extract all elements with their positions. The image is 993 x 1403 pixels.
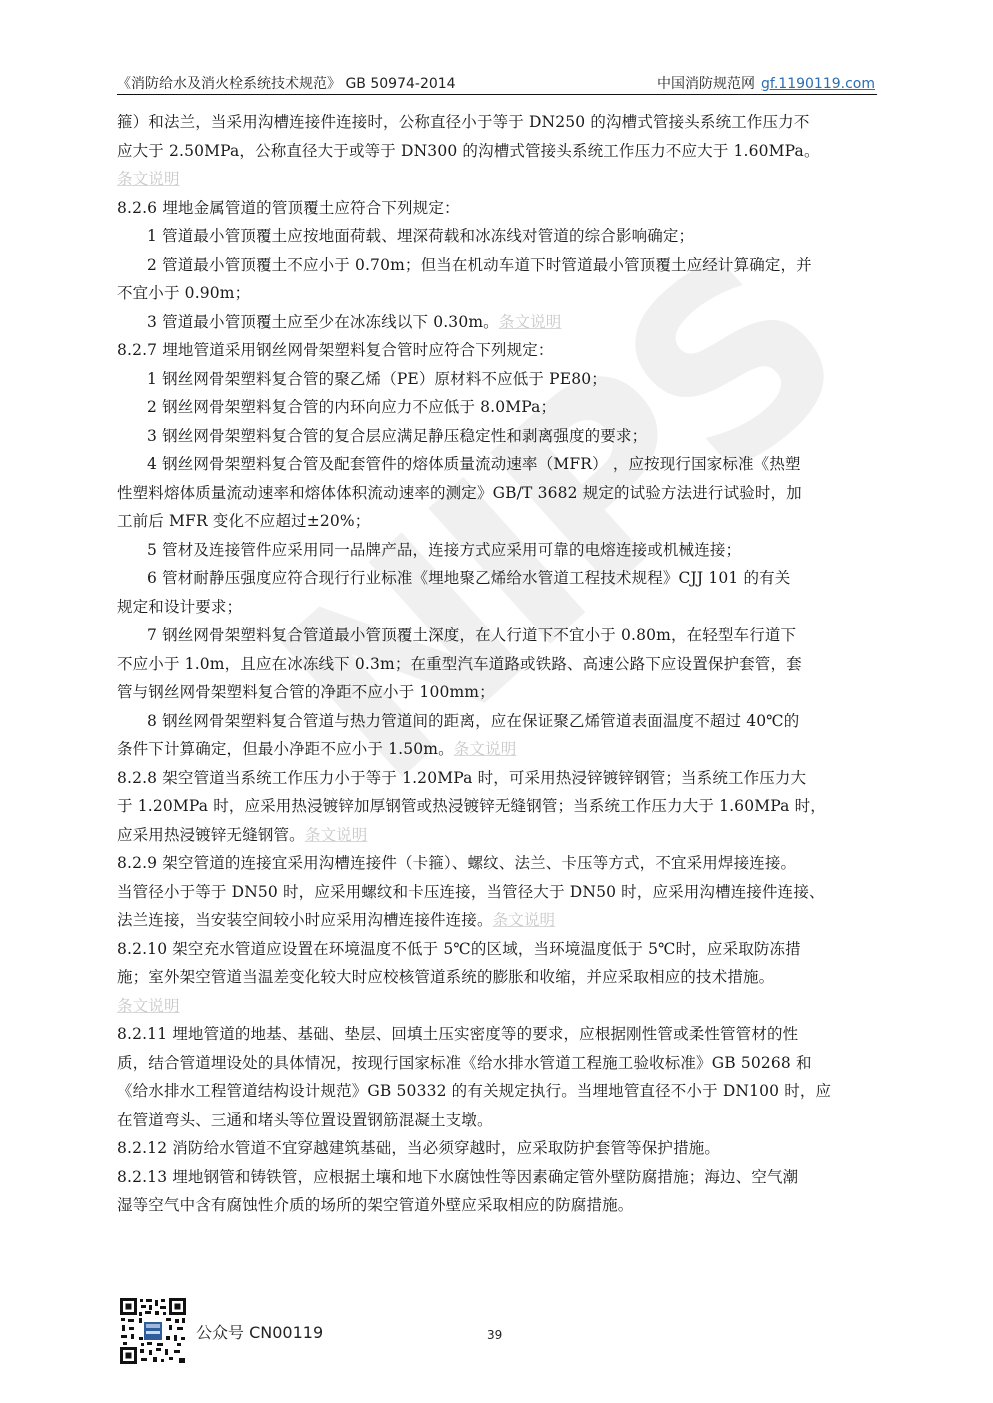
text-line: 3 管道最小管顶覆土应至少在冰冻线以下 0.30m。条文说明 xyxy=(117,308,879,337)
text-line: 法兰连接，当安装空间较小时应采用沟槽连接件连接。条文说明 xyxy=(117,906,879,935)
text-line: 8 钢丝网骨架塑料复合管道与热力管道间的距离，应在保证聚乙烯管道表面温度不超过 … xyxy=(117,707,879,736)
text-line: 1 管道最小管顶覆土应按地面荷载、埋深荷载和冰冻线对管道的综合影响确定； xyxy=(117,222,879,251)
line-text: 1 管道最小管顶覆土应按地面荷载、埋深荷载和冰冻线对管道的综合影响确定； xyxy=(147,227,694,245)
line-text: 当管径小于等于 DN50 时，应采用螺纹和卡压连接，当管径大于 DN50 时，应… xyxy=(117,883,825,901)
text-line: 7 钢丝网骨架塑料复合管道最小管顶覆土深度，在人行道下不宜小于 0.80m，在轻… xyxy=(117,621,879,650)
line-text: 8.2.11 埋地管道的地基、基础、垫层、回填土压实密度等的要求，应根据刚性管或… xyxy=(117,1025,798,1043)
text-line: 箍）和法兰，当采用沟槽连接件连接时，公称直径小于等于 DN250 的沟槽式管接头… xyxy=(117,108,879,137)
article-explanation-link[interactable]: 条文说明 xyxy=(117,170,180,188)
line-text: 8.2.10 架空充水管道应设置在环境温度不低于 5℃的区域，当环境温度低于 5… xyxy=(117,940,801,958)
line-text: 应大于 2.50MPa，公称直径大于或等于 DN300 的沟槽式管接头系统工作压… xyxy=(117,142,820,160)
line-text: 3 钢丝网骨架塑料复合管的复合层应满足静压稳定性和剥离强度的要求； xyxy=(147,427,647,445)
text-line: 8.2.8 架空管道当系统工作压力小于等于 1.20MPa 时，可采用热浸锌镀锌… xyxy=(117,764,879,793)
text-line: 8.2.7 埋地管道采用钢丝网骨架塑料复合管时应符合下列规定： xyxy=(117,336,879,365)
line-text: 8.2.7 埋地管道采用钢丝网骨架塑料复合管时应符合下列规定： xyxy=(117,341,554,359)
text-line: 8.2.13 埋地钢管和铸铁管，应根据土壤和地下水腐蚀性等因素确定管外壁防腐措施… xyxy=(117,1163,879,1192)
text-line: 不应小于 1.0m，且应在冰冻线下 0.3m；在重型汽车道路或铁路、高速公路下应… xyxy=(117,650,879,679)
line-text: 8.2.12 消防给水管道不宜穿越建筑基础，当必须穿越时，应采取防护套管等保护措… xyxy=(117,1139,720,1157)
text-line: 4 钢丝网骨架塑料复合管及配套管件的熔体质量流动速率（MFR） ，应按现行国家标… xyxy=(117,450,879,479)
text-line: 性塑料熔体质量流动速率和熔体体积流动速率的测定》GB/T 3682 规定的试验方… xyxy=(117,479,879,508)
line-text: 应采用热浸镀锌无缝钢管。 xyxy=(117,826,305,844)
line-text: 管与钢丝网骨架塑料复合管的净距不应小于 100mm； xyxy=(117,683,495,701)
text-line: 8.2.9 架空管道的连接宜采用沟槽连接件（卡箍）、螺纹、法兰、卡压等方式，不宜… xyxy=(117,849,879,878)
site-info: 中国消防规范网gf.1190119.com xyxy=(657,73,875,93)
text-line: 应大于 2.50MPa，公称直径大于或等于 DN300 的沟槽式管接头系统工作压… xyxy=(117,137,879,166)
line-text: 于 1.20MPa 时，应采用热浸镀锌加厚钢管或热浸镀锌无缝钢管；当系统工作压力… xyxy=(117,797,826,815)
text-line: 条文说明 xyxy=(117,992,879,1021)
line-text: 1 钢丝网骨架塑料复合管的聚乙烯（PE）原材料不应低于 PE80； xyxy=(147,370,607,388)
line-text: 5 管材及连接管件应采用同一品牌产品，连接方式应采用可靠的电熔连接或机械连接； xyxy=(147,541,741,559)
article-explanation-link[interactable]: 条文说明 xyxy=(305,826,368,844)
text-line: 《给水排水工程管道结构设计规范》GB 50332 的有关规定执行。当埋地管直径不… xyxy=(117,1077,879,1106)
text-line: 8.2.10 架空充水管道应设置在环境温度不低于 5℃的区域，当环境温度低于 5… xyxy=(117,935,879,964)
article-explanation-link[interactable]: 条文说明 xyxy=(454,740,517,758)
article-explanation-link[interactable]: 条文说明 xyxy=(499,313,562,331)
text-line: 应采用热浸镀锌无缝钢管。条文说明 xyxy=(117,821,879,850)
text-line: 质，结合管道埋设处的具体情况，按现行国家标准《给水排水管道工程施工验收标准》GB… xyxy=(117,1049,879,1078)
line-text: 质，结合管道埋设处的具体情况，按现行国家标准《给水排水管道工程施工验收标准》GB… xyxy=(117,1054,812,1072)
line-text: 8.2.6 埋地金属管道的管顶覆土应符合下列规定： xyxy=(117,199,460,217)
text-line: 工前后 MFR 变化不应超过±20%； xyxy=(117,507,879,536)
line-text: 4 钢丝网骨架塑料复合管及配套管件的熔体质量流动速率（MFR） ，应按现行国家标… xyxy=(147,455,801,473)
line-text: 8 钢丝网骨架塑料复合管道与热力管道间的距离，应在保证聚乙烯管道表面温度不超过 … xyxy=(147,712,799,730)
site-name: 中国消防规范网 xyxy=(657,76,755,92)
text-line: 规定和设计要求； xyxy=(117,593,879,622)
text-line: 于 1.20MPa 时，应采用热浸镀锌加厚钢管或热浸镀锌无缝钢管；当系统工作压力… xyxy=(117,792,879,821)
document-title: 《消防给水及消火栓系统技术规范》 GB 50974-2014 xyxy=(117,73,456,93)
qr-code-icon xyxy=(119,1297,187,1365)
site-link[interactable]: gf.1190119.com xyxy=(761,76,875,92)
article-explanation-link[interactable]: 条文说明 xyxy=(493,911,556,929)
text-line: 在管道弯头、三通和堵头等位置设置钢筋混凝土支墩。 xyxy=(117,1106,879,1135)
text-line: 当管径小于等于 DN50 时，应采用螺纹和卡压连接，当管径大于 DN50 时，应… xyxy=(117,878,879,907)
text-line: 6 管材耐静压强度应符合现行行业标准《埋地聚乙烯给水管道工程技术规程》CJJ 1… xyxy=(117,564,879,593)
line-text: 7 钢丝网骨架塑料复合管道最小管顶覆土深度，在人行道下不宜小于 0.80m，在轻… xyxy=(147,626,796,644)
text-line: 5 管材及连接管件应采用同一品牌产品，连接方式应采用可靠的电熔连接或机械连接； xyxy=(117,536,879,565)
line-text: 不应小于 1.0m，且应在冰冻线下 0.3m；在重型汽车道路或铁路、高速公路下应… xyxy=(117,655,802,673)
text-line: 施；室外架空管道当温差变化较大时应校核管道系统的膨胀和收缩，并应采取相应的技术措… xyxy=(117,963,879,992)
text-line: 管与钢丝网骨架塑料复合管的净距不应小于 100mm； xyxy=(117,678,879,707)
text-line: 1 钢丝网骨架塑料复合管的聚乙烯（PE）原材料不应低于 PE80； xyxy=(117,365,879,394)
text-line: 8.2.12 消防给水管道不宜穿越建筑基础，当必须穿越时，应采取防护套管等保护措… xyxy=(117,1134,879,1163)
text-line: 8.2.6 埋地金属管道的管顶覆土应符合下列规定： xyxy=(117,194,879,223)
line-text: 法兰连接，当安装空间较小时应采用沟槽连接件连接。 xyxy=(117,911,493,929)
document-body: 箍）和法兰，当采用沟槽连接件连接时，公称直径小于等于 DN250 的沟槽式管接头… xyxy=(117,108,879,1220)
line-text: 8.2.13 埋地钢管和铸铁管，应根据土壤和地下水腐蚀性等因素确定管外壁防腐措施… xyxy=(117,1168,798,1186)
text-line: 2 钢丝网骨架塑料复合管的内环向应力不应低于 8.0MPa； xyxy=(117,393,879,422)
text-line: 湿等空气中含有腐蚀性介质的场所的架空管道外壁应采取相应的防腐措施。 xyxy=(117,1191,879,1220)
article-explanation-link[interactable]: 条文说明 xyxy=(117,997,180,1015)
text-line: 不宜小于 0.90m； xyxy=(117,279,879,308)
line-text: 性塑料熔体质量流动速率和熔体体积流动速率的测定》GB/T 3682 规定的试验方… xyxy=(117,484,802,502)
wechat-account-label: 公众号 CN00119 xyxy=(196,1320,323,1343)
text-line: 2 管道最小管顶覆土不应小于 0.70m；但当在机动车道下时管道最小管顶覆土应经… xyxy=(117,251,879,280)
line-text: 6 管材耐静压强度应符合现行行业标准《埋地聚乙烯给水管道工程技术规程》CJJ 1… xyxy=(147,569,790,587)
line-text: 工前后 MFR 变化不应超过±20%； xyxy=(117,512,370,530)
line-text: 条件下计算确定，但最小净距不应小于 1.50m。 xyxy=(117,740,454,758)
line-text: 湿等空气中含有腐蚀性介质的场所的架空管道外壁应采取相应的防腐措施。 xyxy=(117,1196,633,1214)
line-text: 箍）和法兰，当采用沟槽连接件连接时，公称直径小于等于 DN250 的沟槽式管接头… xyxy=(117,113,809,131)
page-footer: 公众号 CN00119 xyxy=(119,1297,619,1367)
page-number: 39 xyxy=(487,1328,502,1342)
line-text: 施；室外架空管道当温差变化较大时应校核管道系统的膨胀和收缩，并应采取相应的技术措… xyxy=(117,968,774,986)
line-text: 不宜小于 0.90m； xyxy=(117,284,250,302)
text-line: 8.2.11 埋地管道的地基、基础、垫层、回填土压实密度等的要求，应根据刚性管或… xyxy=(117,1020,879,1049)
line-text: 规定和设计要求； xyxy=(117,598,242,616)
line-text: 8.2.8 架空管道当系统工作压力小于等于 1.20MPa 时，可采用热浸锌镀锌… xyxy=(117,769,806,787)
line-text: 3 管道最小管顶覆土应至少在冰冻线以下 0.30m。 xyxy=(147,313,499,331)
text-line: 条件下计算确定，但最小净距不应小于 1.50m。条文说明 xyxy=(117,735,879,764)
page-header: 《消防给水及消火栓系统技术规范》 GB 50974-2014 中国消防规范网gf… xyxy=(117,70,877,95)
text-line: 条文说明 xyxy=(117,165,879,194)
text-line: 3 钢丝网骨架塑料复合管的复合层应满足静压稳定性和剥离强度的要求； xyxy=(117,422,879,451)
line-text: 8.2.9 架空管道的连接宜采用沟槽连接件（卡箍）、螺纹、法兰、卡压等方式，不宜… xyxy=(117,854,796,872)
line-text: 在管道弯头、三通和堵头等位置设置钢筋混凝土支墩。 xyxy=(117,1111,493,1129)
line-text: 2 管道最小管顶覆土不应小于 0.70m；但当在机动车道下时管道最小管顶覆土应经… xyxy=(147,256,812,274)
line-text: 《给水排水工程管道结构设计规范》GB 50332 的有关规定执行。当埋地管直径不… xyxy=(117,1082,831,1100)
line-text: 2 钢丝网骨架塑料复合管的内环向应力不应低于 8.0MPa； xyxy=(147,398,556,416)
